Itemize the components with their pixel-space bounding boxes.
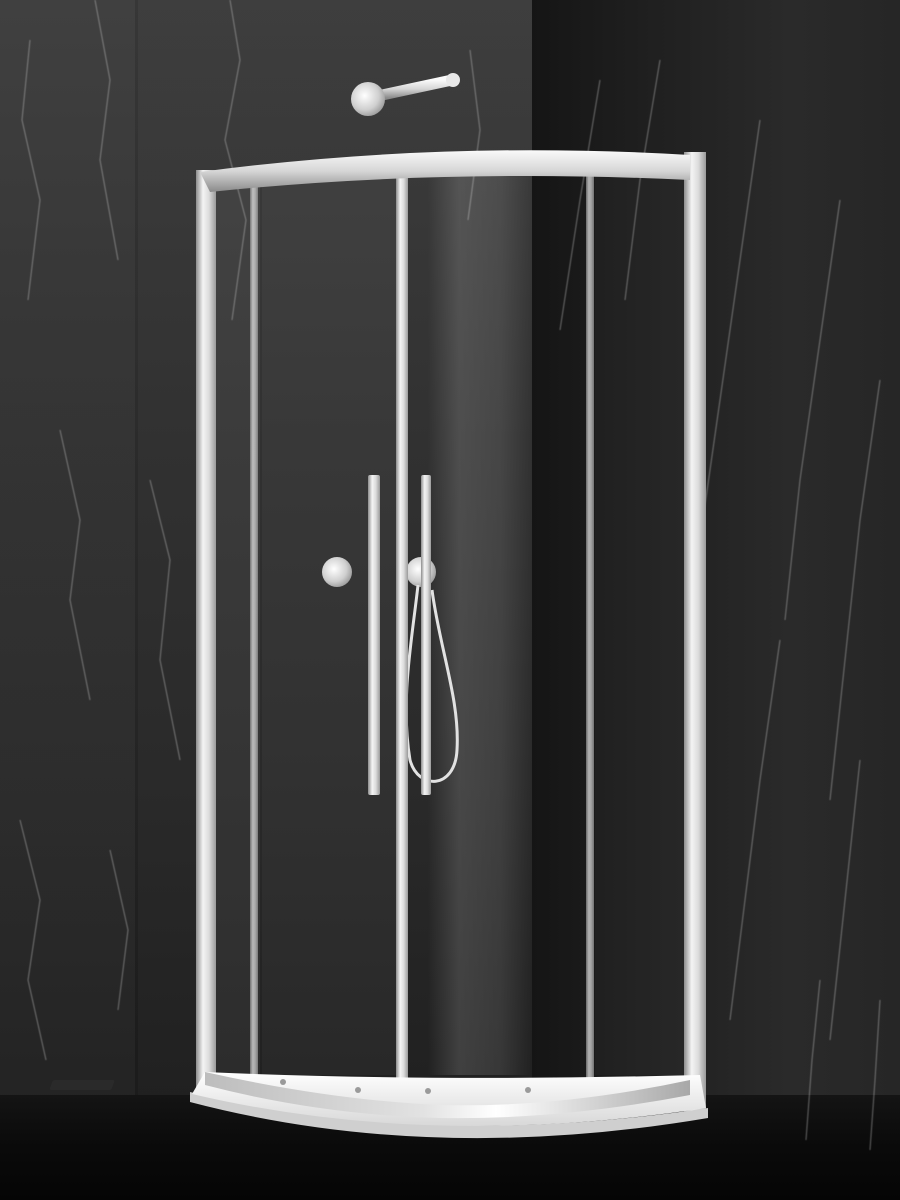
glass-panel-left-door xyxy=(262,175,402,1075)
shower-arm-icon xyxy=(351,73,460,116)
left-door-track xyxy=(250,182,258,1077)
left-wall-profile xyxy=(196,170,216,1092)
door-meeting-profile xyxy=(396,172,408,1090)
right-door-track xyxy=(586,176,594,1086)
door-handle-left-icon xyxy=(368,475,380,795)
shower-enclosure-photo xyxy=(0,0,900,1200)
right-wall-profile xyxy=(684,152,706,1112)
enclosure-drawing xyxy=(0,0,900,1200)
glass-reflection xyxy=(428,175,532,1075)
mixer-knob-left-icon xyxy=(322,557,352,587)
glass-panel-right-fixed xyxy=(595,175,685,1075)
door-handle-right-icon xyxy=(421,475,431,795)
tray-drain xyxy=(49,1080,115,1090)
shower-tray xyxy=(49,1072,708,1138)
